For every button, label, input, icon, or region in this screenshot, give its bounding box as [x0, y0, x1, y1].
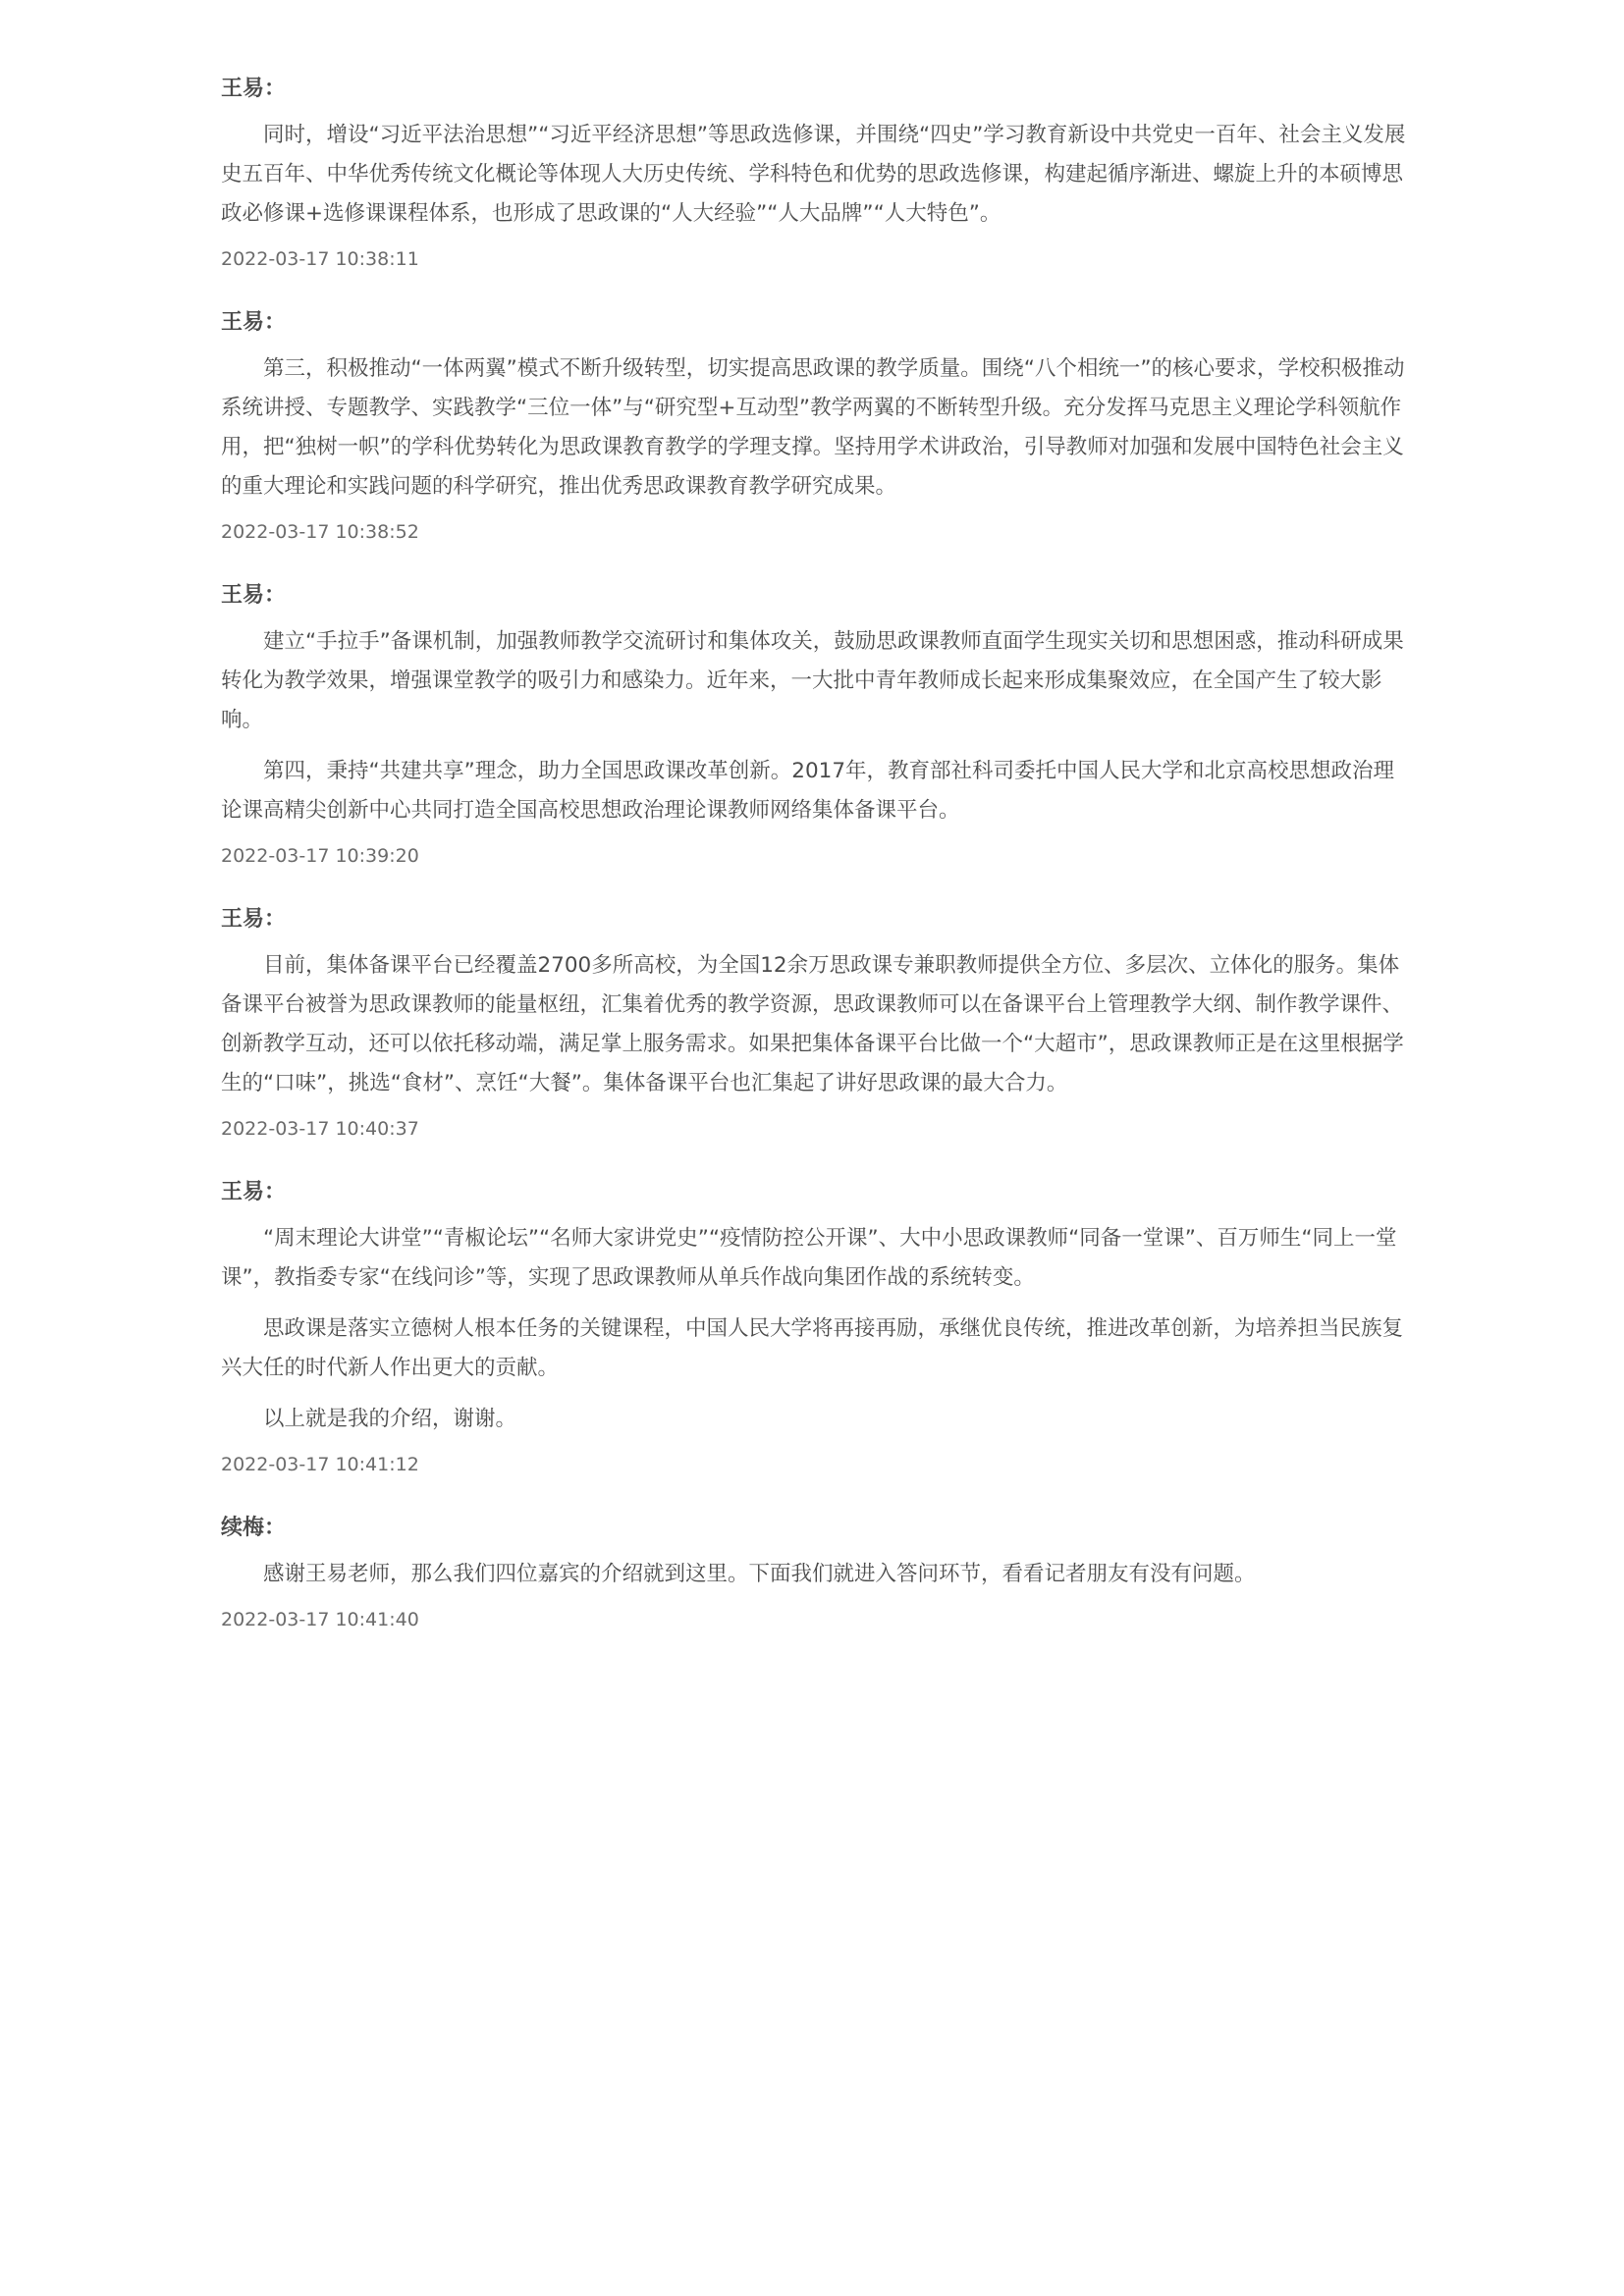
timestamp: 2022-03-17 10:40:37 [221, 1115, 1411, 1143]
transcript-entry: 王易： 目前，集体备课平台已经覆盖2700多所高校，为全国12余万思政课专兼职教… [221, 905, 1411, 1143]
speaker-name: 王易： [221, 581, 1411, 611]
paragraph: 目前，集体备课平台已经覆盖2700多所高校，为全国12余万思政课专兼职教师提供全… [221, 946, 1411, 1103]
timestamp: 2022-03-17 10:41:40 [221, 1606, 1411, 1633]
paragraph: 第四，秉持“共建共享”理念，助力全国思政课改革创新。2017年，教育部社科司委托… [221, 752, 1411, 830]
transcript-entry: 续梅： 感谢王易老师，那么我们四位嘉宾的介绍就到这里。下面我们就进入答问环节，看… [221, 1514, 1411, 1633]
timestamp: 2022-03-17 10:39:20 [221, 842, 1411, 870]
transcript-entry: 王易： 建立“手拉手”备课机制，加强教师教学交流研讨和集体攻关，鼓励思政课教师直… [221, 581, 1411, 870]
speaker-name: 王易： [221, 75, 1411, 104]
paragraph: “周末理论大讲堂”“青椒论坛”“名师大家讲党史”“疫情防控公开课”、大中小思政课… [221, 1219, 1411, 1298]
paragraph: 第三，积极推动“一体两翼”模式不断升级转型，切实提高思政课的教学质量。围绕“八个… [221, 349, 1411, 507]
timestamp: 2022-03-17 10:38:52 [221, 518, 1411, 546]
timestamp: 2022-03-17 10:41:12 [221, 1451, 1411, 1478]
speaker-name: 王易： [221, 905, 1411, 934]
paragraph: 以上就是我的介绍，谢谢。 [221, 1400, 1411, 1439]
speaker-name: 王易： [221, 308, 1411, 338]
transcript-entry: 王易： 同时，增设“习近平法治思想”“习近平经济思想”等思政选修课，并围绕“四史… [221, 75, 1411, 273]
transcript: 王易： 同时，增设“习近平法治思想”“习近平经济思想”等思政选修课，并围绕“四史… [221, 75, 1411, 1669]
paragraph: 同时，增设“习近平法治思想”“习近平经济思想”等思政选修课，并围绕“四史”学习教… [221, 116, 1411, 234]
transcript-entry: 王易： 第三，积极推动“一体两翼”模式不断升级转型，切实提高思政课的教学质量。围… [221, 308, 1411, 546]
paragraph: 建立“手拉手”备课机制，加强教师教学交流研讨和集体攻关，鼓励思政课教师直面学生现… [221, 622, 1411, 740]
paragraph: 感谢王易老师，那么我们四位嘉宾的介绍就到这里。下面我们就进入答问环节，看看记者朋… [221, 1555, 1411, 1594]
speaker-name: 王易： [221, 1178, 1411, 1207]
paragraph: 思政课是落实立德树人根本任务的关键课程，中国人民大学将再接再励，承继优良传统，推… [221, 1309, 1411, 1388]
speaker-name: 续梅： [221, 1514, 1411, 1543]
timestamp: 2022-03-17 10:38:11 [221, 245, 1411, 273]
transcript-entry: 王易： “周末理论大讲堂”“青椒论坛”“名师大家讲党史”“疫情防控公开课”、大中… [221, 1178, 1411, 1478]
